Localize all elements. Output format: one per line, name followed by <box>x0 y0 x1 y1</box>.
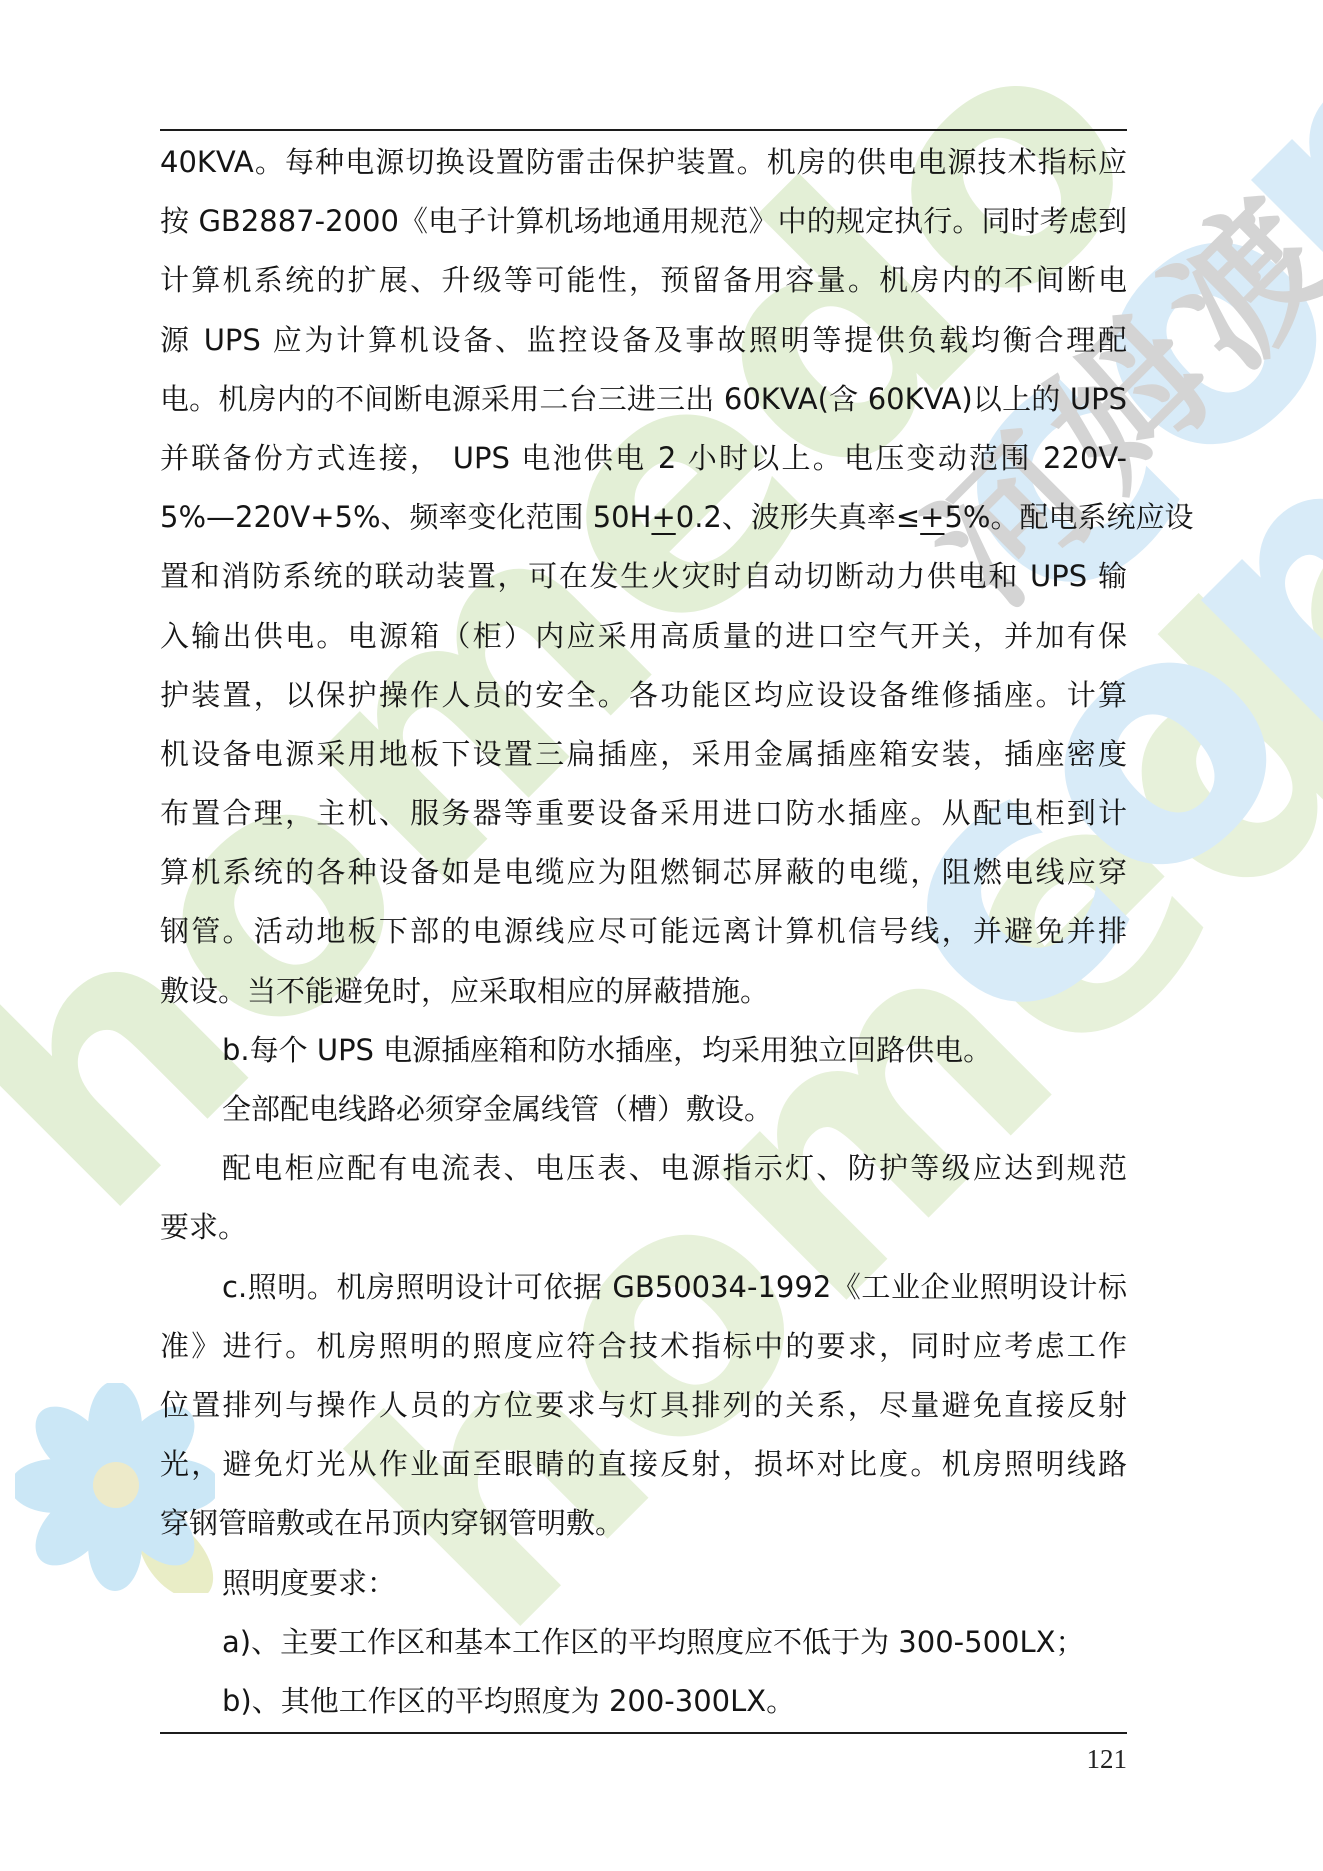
text-line: 机设备电源采用地板下设置三扁插座，采用金属插座箱安装，插座密度 <box>160 725 1127 784</box>
text-line: a)、主要工作区和基本工作区的平均照度应不低于为 300-500LX； <box>160 1613 1127 1672</box>
text-line: 位置排列与操作人员的方位要求与灯具排列的关系，尽量避免直接反射 <box>160 1376 1127 1435</box>
text-line: 要求。 <box>160 1198 1127 1257</box>
text-line: 全部配电线路必须穿金属线管（槽）敷设。 <box>160 1080 1127 1139</box>
page-number: 121 <box>1000 1744 1127 1775</box>
body-text: 40KVA。每种电源切换设置防雷击保护装置。机房的供电电源技术指标应按 GB28… <box>160 133 1127 1731</box>
text-line: 计算机系统的扩展、升级等可能性，预留备用容量。机房内的不间断电 <box>160 251 1127 310</box>
text-line: 置和消防系统的联动装置，可在发生火灾时自动切断动力供电和 UPS 输 <box>160 547 1127 606</box>
text-line: 敷设。当不能避免时，应采取相应的屏蔽措施。 <box>160 962 1127 1021</box>
text-line: b.每个 UPS 电源插座箱和防水插座，均采用独立回路供电。 <box>160 1021 1127 1080</box>
text-line: 准》进行。机房照明的照度应符合技术指标中的要求，同时应考虑工作 <box>160 1317 1127 1376</box>
text-line: 入输出供电。电源箱（柜）内应采用高质量的进口空气开关，并加有保 <box>160 607 1127 666</box>
text-line: 穿钢管暗敷或在吊顶内穿钢管明敷。 <box>160 1494 1127 1553</box>
text-line: 配电柜应配有电流表、电压表、电源指示灯、防护等级应达到规范 <box>160 1139 1127 1198</box>
document-page: homedo homedo com com 河姆渡 <box>0 0 1323 1871</box>
text-line: 按 GB2887-2000《电子计算机场地通用规范》中的规定执行。同时考虑到 <box>160 192 1127 251</box>
text-lines: 40KVA。每种电源切换设置防雷击保护装置。机房的供电电源技术指标应按 GB28… <box>160 133 1127 1731</box>
text-line: 照明度要求： <box>160 1554 1127 1613</box>
text-line: 算机系统的各种设备如是电缆应为阻燃铜芯屏蔽的电缆，阻燃电线应穿 <box>160 843 1127 902</box>
text-line: 光，避免灯光从作业面至眼睛的直接反射，损坏对比度。机房照明线路 <box>160 1435 1127 1494</box>
text-line: 钢管。活动地板下部的电源线应尽可能远离计算机信号线，并避免并排 <box>160 902 1127 961</box>
text-line: 源 UPS 应为计算机设备、监控设备及事故照明等提供负载均衡合理配 <box>160 311 1127 370</box>
text-line: 电。机房内的不间断电源采用二台三进三出 60KVA(含 60KVA)以上的 UP… <box>160 370 1127 429</box>
footer-rule <box>160 1732 1127 1734</box>
text-line: 5%—220V+5%、频率变化范围 50H+0.2、波形失真率≤+5%。配电系统… <box>160 488 1127 547</box>
text-line: 护装置，以保护操作人员的安全。各功能区均应设设备维修插座。计算 <box>160 666 1127 725</box>
text-line: b)、其他工作区的平均照度为 200-300LX。 <box>160 1672 1127 1731</box>
header-rule <box>160 129 1127 131</box>
text-line: 布置合理，主机、服务器等重要设备采用进口防水插座。从配电柜到计 <box>160 784 1127 843</box>
text-line: c.照明。机房照明设计可依据 GB50034-1992《工业企业照明设计标 <box>160 1258 1127 1317</box>
text-line: 并联备份方式连接， UPS 电池供电 2 小时以上。电压变动范围 220V- <box>160 429 1127 488</box>
text-line: 40KVA。每种电源切换设置防雷击保护装置。机房的供电电源技术指标应 <box>160 133 1127 192</box>
